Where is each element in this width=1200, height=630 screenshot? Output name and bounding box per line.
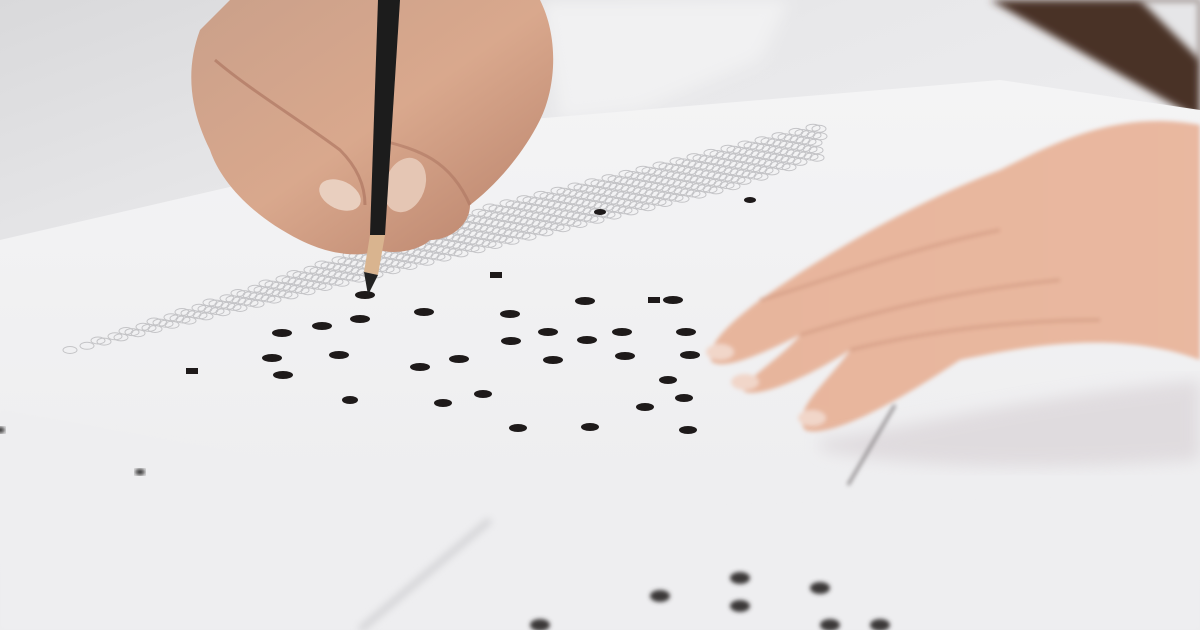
photo-illustration <box>0 0 1200 630</box>
photo-scene <box>0 0 1200 630</box>
